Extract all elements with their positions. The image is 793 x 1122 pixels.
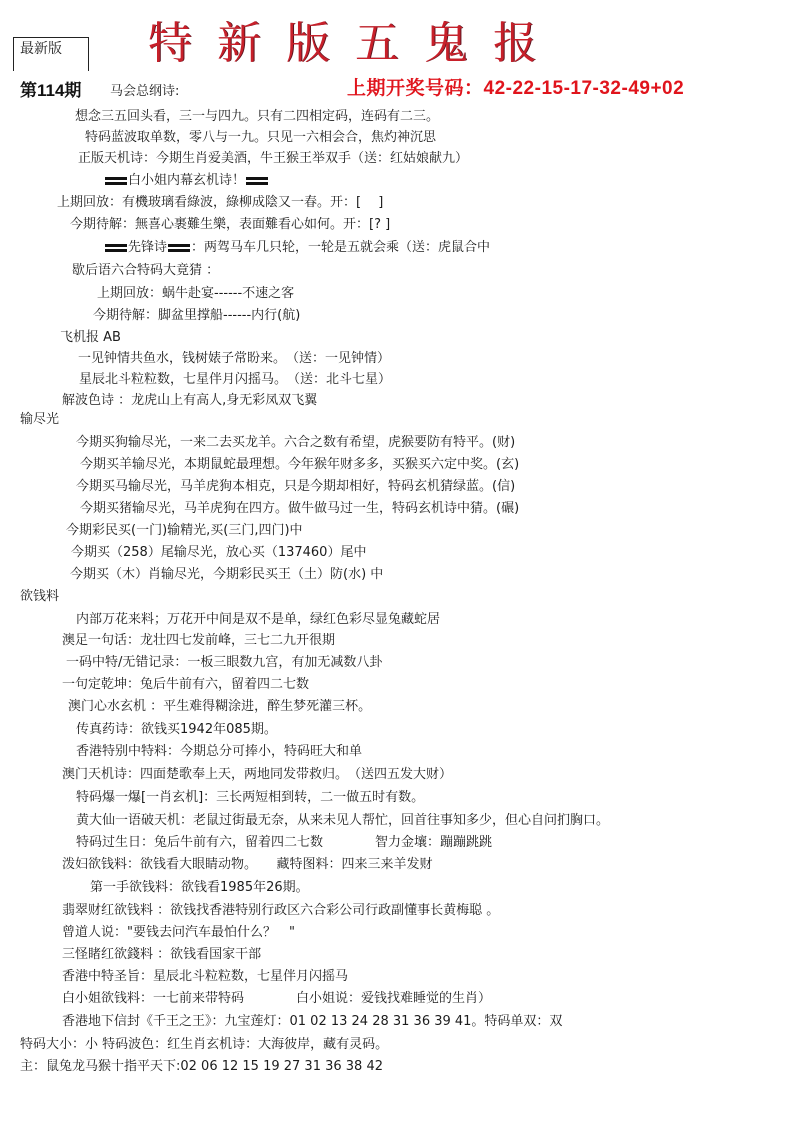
text-line: 今期待解：脚盆里撑船------内行(航)	[93, 308, 300, 324]
text-line-content: 香港地下信封《千王之王》：九宝莲灯：01 02 13 24 28 31 36 3…	[62, 1014, 562, 1029]
text-line-content: 三怪睹红欲錢料 ：欲钱看国家干部	[62, 947, 261, 962]
issue-number: 第114期	[20, 76, 81, 101]
text-line: 解波色诗 ：龙虎山上有高人,身无彩凤双飞翼	[62, 393, 317, 409]
text-line-content: 白小姐欲钱料：一七前来带特码 白小姐说：爱钱找难睡觉的生肖）	[62, 991, 491, 1006]
text-line: 白小姐欲钱料：一七前来带特码 白小姐说：爱钱找难睡觉的生肖）	[62, 991, 491, 1007]
text-line-content: 一见钟情共鱼水，钱树婊子常盼来。 （送：一见钟情）	[78, 351, 390, 366]
text-line: 泼妇欲钱料：欲钱看大眼睛动物。 藏特图料：四来三来羊发财	[62, 857, 433, 873]
text-line-content: 曾道人说："要钱去问汽车最怕什么？ "	[62, 925, 295, 940]
text-line: 星辰北斗粒粒数，七星伴月闪摇马。 （送：北斗七星）	[79, 372, 391, 388]
text-line-content: 第一手欲钱料：欲钱看1985年26期。	[90, 880, 309, 895]
title-char: 报	[493, 16, 562, 72]
text-line: 香港中特圣旨：星辰北斗粒粒数，七星伴月闪摇马	[62, 969, 348, 985]
text-line: 澳足一句话：龙壮四七发前峰，三七二九开很期	[62, 633, 335, 649]
text-line-content: 香港特别中特料：今期总分可捧小，特码旺大和单	[76, 744, 362, 759]
text-line-content: 特码大小：小 特码波色：红生肖玄机诗：大海彼岸，藏有灵码。	[20, 1037, 388, 1052]
text-line-content: 特码过生日：兔后牛前有六，留着四二七数 智力金壤：蹦蹦跳跳	[76, 835, 492, 850]
text-line-content: 上期回放：有機玻璃看綠波，綠柳成陰又一春。开：[ ]	[57, 195, 383, 210]
text-line: 澳门心水玄机 ：平生难得糊涂进，醉生梦死灌三杯。	[68, 699, 371, 715]
double-bar-icon	[105, 177, 127, 185]
issue-subtitle: 马会总纲诗:	[110, 80, 179, 99]
text-line-content: 澳门心水玄机 ：平生难得糊涂进，醉生梦死灌三杯。	[68, 699, 371, 714]
text-line: 歇后语六合特码大竟猜 ：	[72, 263, 219, 279]
text-line-content: 解波色诗 ：龙虎山上有高人,身无彩凤双飞翼	[62, 393, 317, 408]
text-line: 今期买马输尽光，马羊虎狗本相克，只是今期却相好，特码玄机猜绿蓝。(信)	[76, 479, 515, 495]
title-char: 鬼	[424, 16, 493, 72]
text-line: 欲钱料	[20, 589, 59, 605]
text-line: 澳门天机诗：四面楚歌奉上天，两地同发带救归。 （送四五发大财）	[62, 767, 452, 783]
text-line-content: 想念三五回头看，三一与四九。只有二四相定码，连码有二三。	[75, 109, 439, 124]
title-char: 特	[148, 16, 217, 72]
text-line: 三怪睹红欲錢料 ：欲钱看国家干部	[62, 947, 261, 963]
text-line: 一见钟情共鱼水，钱树婊子常盼来。 （送：一见钟情）	[78, 351, 390, 367]
title-char: 五	[355, 16, 424, 72]
previous-result: 上期开奖号码：42-22-15-17-32-49+02	[347, 73, 684, 100]
text-line: 飞机报 AB	[60, 330, 121, 346]
text-line: 特码大小：小 特码波色：红生肖玄机诗：大海彼岸，藏有灵码。	[20, 1037, 388, 1053]
text-line: 特码蓝波取单数，零八与一九。只见一六相会合，焦灼神沉思	[85, 130, 436, 146]
text-line-content: 先锋诗	[128, 240, 167, 255]
text-line: 正版天机诗：今期生肖爱美酒，牛王猴王举双手（送：红姑娘献九）	[78, 151, 468, 167]
text-line-content: 白小姐内幕玄机诗！	[128, 173, 245, 188]
text-line-content: 特码爆一爆[一肖玄机]：三长两短相到转，二一做五时有数。	[76, 790, 424, 805]
previous-result-label: 上期开奖号码：	[347, 78, 484, 99]
text-line: 今期彩民买(一门)输精光,买(三门,四门)中	[66, 523, 303, 539]
text-line-content: 翡翠财红欲钱料 ：欲钱找香港特别行政区六合彩公司行政副懂事长黄梅聪 。	[62, 903, 499, 918]
text-line-content: 输尽光	[20, 412, 59, 427]
text-line-content: 澳门天机诗：四面楚歌奉上天，两地同发带救归。 （送四五发大财）	[62, 767, 452, 782]
text-line: 今期买（木）肖输尽光，今期彩民买王（土）防(水) 中	[70, 567, 383, 583]
previous-result-numbers: 42-22-15-17-32-49+02	[484, 78, 685, 99]
text-line-suffix: ：两驾马车几只轮，一轮是五就会乘（送：虎鼠合中	[191, 240, 490, 255]
text-line-content: 今期买羊输尽光，本期鼠蛇最理想。今年猴年财多多，买猴买六定中奖。(玄)	[80, 457, 519, 472]
text-line: 曾道人说："要钱去问汽车最怕什么？ "	[62, 925, 295, 941]
text-line-content: 今期买猪输尽光，马羊虎狗在四方。做牛做马过一生，特码玄机诗中猜。(碾)	[80, 501, 519, 516]
text-line-content: 今期彩民买(一门)输精光,买(三门,四门)中	[66, 523, 303, 538]
title-char: 新	[217, 16, 286, 72]
text-line-content: 主：鼠兔龙马猴十指平天下:02 06 12 15 19 27 31 36 38 …	[20, 1059, 383, 1074]
text-line: 上期回放：有機玻璃看綠波，綠柳成陰又一春。开：[ ]	[57, 195, 383, 211]
text-line: 今期买狗输尽光，一来二去买龙羊。六合之数有希望，虎猴要防有特平。(财)	[76, 435, 515, 451]
text-line: 输尽光	[20, 412, 59, 428]
text-line: 一码中特/无错记录：一板三眼数九宫，有加无减数八卦	[66, 655, 382, 671]
text-line-content: 今期待解：脚盆里撑船------内行(航)	[93, 308, 300, 323]
text-line-content: 今期买马输尽光，马羊虎狗本相克，只是今期却相好，特码玄机猜绿蓝。(信)	[76, 479, 515, 494]
text-line-content: 今期买狗输尽光，一来二去买龙羊。六合之数有希望，虎猴要防有特平。(财)	[76, 435, 515, 450]
text-line-content: 一句定乾坤：兔后牛前有六，留着四二七数	[62, 677, 309, 692]
text-line-content: 星辰北斗粒粒数，七星伴月闪摇马。 （送：北斗七星）	[79, 372, 391, 387]
text-line: 今期买（258）尾输尽光，放心买（137460）尾中	[71, 545, 366, 561]
text-line-content: 黄大仙一语破天机：老鼠过街最无奈，从来未见人帮忙，回首往事知多少，但心自问扪胸口…	[76, 813, 609, 828]
title-char: 版	[286, 16, 355, 72]
text-line: 想念三五回头看，三一与四九。只有二四相定码，连码有二三。	[75, 109, 439, 125]
text-line-content: 欲钱料	[20, 589, 59, 604]
text-line: 香港特别中特料：今期总分可捧小，特码旺大和单	[76, 744, 362, 760]
text-line: 黄大仙一语破天机：老鼠过街最无奈，从来未见人帮忙，回首往事知多少，但心自问扪胸口…	[76, 813, 609, 829]
page-title: 特 新 版 五 鬼 报	[148, 16, 562, 72]
text-line: 传真药诗：欲钱买1942年085期。	[76, 722, 277, 738]
text-line-content: 上期回放：蜗牛赴宴------不速之客	[97, 286, 294, 301]
double-bar-icon	[246, 177, 268, 185]
text-line-content: 特码蓝波取单数，零八与一九。只见一六相会合，焦灼神沉思	[85, 130, 436, 145]
text-line: 特码爆一爆[一肖玄机]：三长两短相到转，二一做五时有数。	[76, 790, 424, 806]
text-line: 内部万花来料；万花开中间是双不是单，绿红色彩尽显兔藏蛇居	[76, 612, 440, 628]
edition-label: 最新版	[13, 37, 89, 71]
text-line-content: 一码中特/无错记录：一板三眼数九宫，有加无减数八卦	[66, 655, 382, 670]
text-line-content: 今期买（木）肖输尽光，今期彩民买王（土）防(水) 中	[70, 567, 383, 582]
text-line-content: 香港中特圣旨：星辰北斗粒粒数，七星伴月闪摇马	[62, 969, 348, 984]
text-line: 第一手欲钱料：欲钱看1985年26期。	[90, 880, 309, 896]
text-line-content: 歇后语六合特码大竟猜 ：	[72, 263, 219, 278]
text-line: 今期买猪输尽光，马羊虎狗在四方。做牛做马过一生，特码玄机诗中猜。(碾)	[80, 501, 519, 517]
text-line-content: 传真药诗：欲钱买1942年085期。	[76, 722, 277, 737]
text-line: 今期买羊输尽光，本期鼠蛇最理想。今年猴年财多多，买猴买六定中奖。(玄)	[80, 457, 519, 473]
text-line: 白小姐内幕玄机诗！	[104, 173, 269, 189]
text-line-content: 泼妇欲钱料：欲钱看大眼睛动物。 藏特图料：四来三来羊发财	[62, 857, 433, 872]
text-line: 香港地下信封《千王之王》：九宝莲灯：01 02 13 24 28 31 36 3…	[62, 1014, 562, 1030]
text-line: 主：鼠兔龙马猴十指平天下:02 06 12 15 19 27 31 36 38 …	[20, 1059, 383, 1075]
double-bar-icon	[105, 244, 127, 252]
double-bar-icon	[168, 244, 190, 252]
text-line: 今期待解：無喜心裹難生樂，表面難看心如何。开：[? ]	[70, 217, 390, 233]
text-line-content: 澳足一句话：龙壮四七发前峰，三七二九开很期	[62, 633, 335, 648]
text-line-content: 今期买（258）尾输尽光，放心买（137460）尾中	[71, 545, 366, 560]
text-line-content: 内部万花来料；万花开中间是双不是单，绿红色彩尽显兔藏蛇居	[76, 612, 440, 627]
text-line-content: 飞机报 AB	[60, 330, 121, 345]
text-line: 特码过生日：兔后牛前有六，留着四二七数 智力金壤：蹦蹦跳跳	[76, 835, 492, 851]
text-line: 翡翠财红欲钱料 ：欲钱找香港特别行政区六合彩公司行政副懂事长黄梅聪 。	[62, 903, 499, 919]
text-line-content: 正版天机诗：今期生肖爱美酒，牛王猴王举双手（送：红姑娘献九）	[78, 151, 468, 166]
text-line-content: 今期待解：無喜心裹難生樂，表面難看心如何。开：[? ]	[70, 217, 390, 232]
text-line: 一句定乾坤：兔后牛前有六，留着四二七数	[62, 677, 309, 693]
text-line: 上期回放：蜗牛赴宴------不速之客	[97, 286, 294, 302]
text-line: 先锋诗：两驾马车几只轮，一轮是五就会乘（送：虎鼠合中	[104, 240, 490, 256]
